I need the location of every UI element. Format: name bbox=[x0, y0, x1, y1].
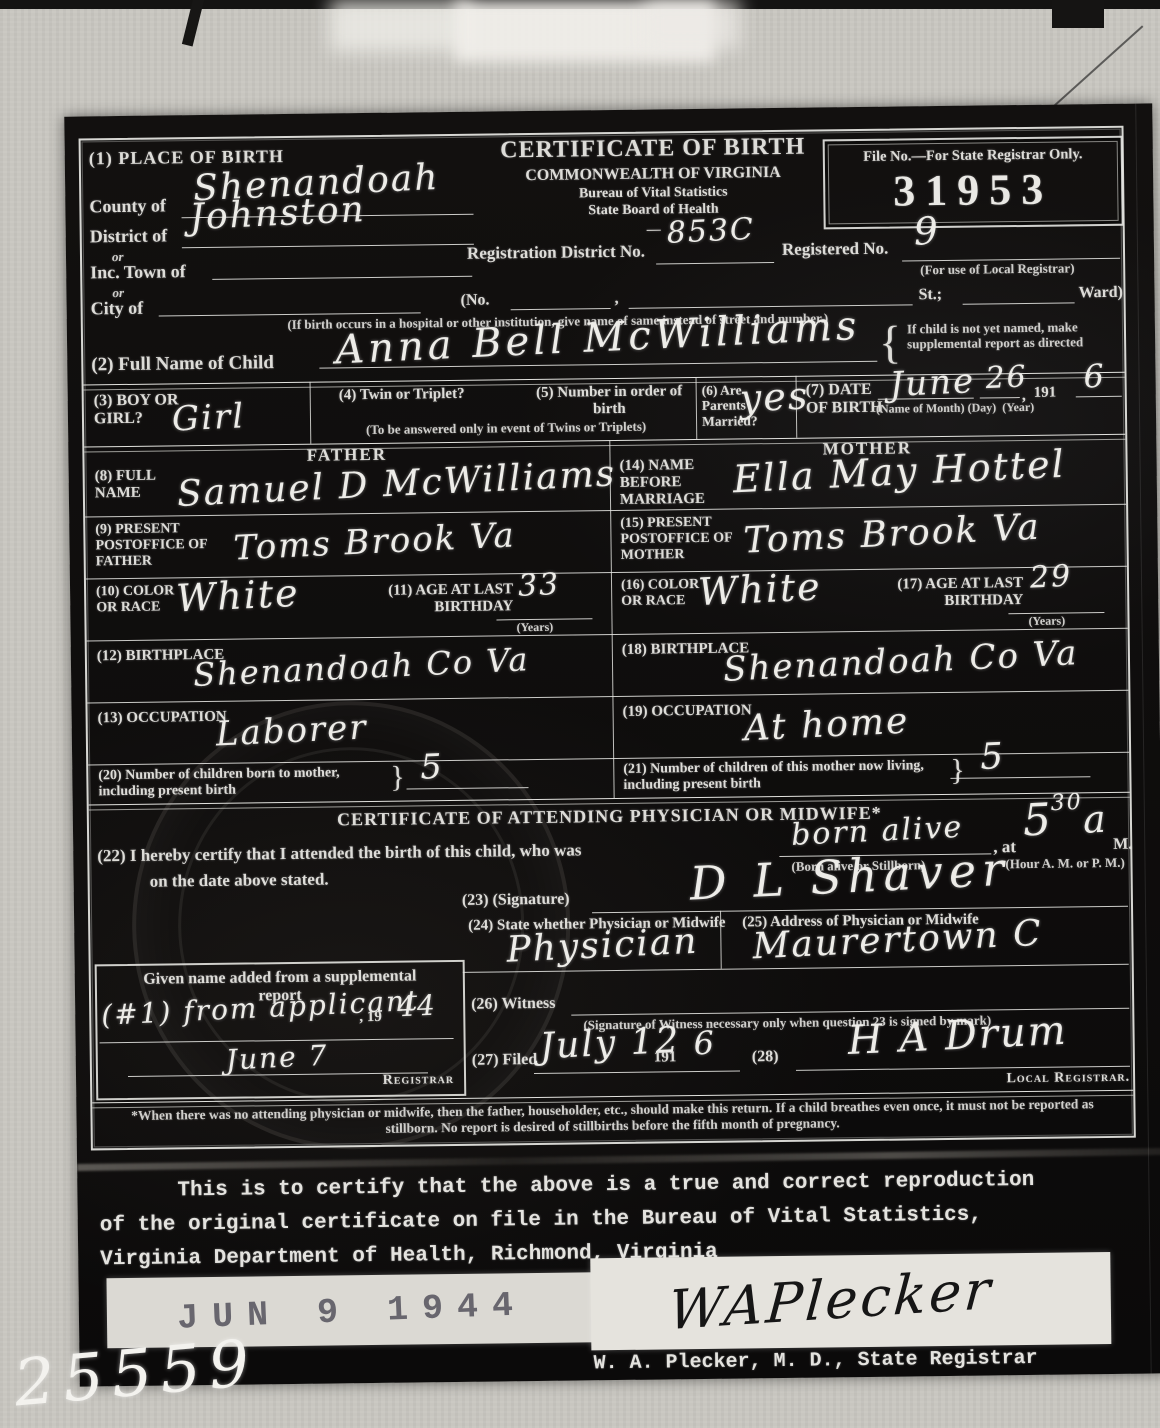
item28-label: (28) bbox=[752, 1048, 779, 1066]
mother-occupation-value: At home bbox=[743, 704, 910, 748]
commonwealth-label: COMMONWEALTH OF VIRGINIA bbox=[485, 164, 821, 186]
date-stamp-value: JUN 9 1944 bbox=[106, 1264, 653, 1341]
city-label: City of bbox=[91, 298, 144, 319]
certificate-title: CERTIFICATE OF BIRTH bbox=[485, 133, 821, 164]
unnamed-child-note: If child is not yet named, make suppleme… bbox=[907, 320, 1121, 352]
street-st-label: St.; bbox=[918, 286, 942, 304]
corner-block bbox=[1052, 0, 1104, 28]
state-registrar-typed-line: W. A. Plecker, M. D., State Registrar bbox=[593, 1347, 1037, 1375]
twin-label: (4) Twin or Triplet? bbox=[332, 386, 472, 405]
brace-glyph: { bbox=[879, 316, 902, 368]
mother-age-years-note: (Years) bbox=[1028, 615, 1065, 629]
father-age-value: 33 bbox=[517, 570, 561, 602]
full-name-label: (2) Full Name of Child bbox=[91, 352, 274, 376]
form-title-block: CERTIFICATE OF BIRTH COMMONWEALTH OF VIR… bbox=[485, 133, 822, 240]
dob-year-value: 6 bbox=[1083, 360, 1107, 393]
supplemental-year-prefix: , 19 bbox=[359, 1009, 382, 1026]
paper-blotch bbox=[330, 0, 470, 52]
paper-blotch bbox=[645, 0, 740, 50]
mother-race-value: White bbox=[697, 567, 822, 611]
supplemental-date-value: June 7 bbox=[225, 1042, 329, 1075]
children-born-label: (20) Number of children born to mother, … bbox=[98, 765, 390, 800]
supplemental-year-value: 44 bbox=[397, 992, 438, 1022]
street-comma: , bbox=[614, 290, 618, 308]
sheet-right-crease bbox=[1135, 104, 1152, 1374]
mother-age-label: (17) AGE AT LAST BIRTHDAY bbox=[858, 575, 1023, 611]
corner-file-number: 25559 bbox=[12, 1332, 260, 1417]
children-living-value: 5 bbox=[979, 739, 1006, 776]
mother-age-value: 29 bbox=[1029, 562, 1073, 594]
hour-meridiem: a bbox=[1082, 800, 1108, 839]
street-ward-label: Ward) bbox=[1078, 284, 1123, 303]
father-po-label: (9) PRESENT POSTOFFICE OF FATHER bbox=[95, 521, 221, 570]
hour-superscript: 30 bbox=[1050, 792, 1083, 815]
birth-order-label: (5) Number in order of birth bbox=[532, 383, 687, 419]
physician-kind-value: Physician bbox=[506, 924, 700, 969]
hour-value: 5 bbox=[1022, 798, 1054, 843]
file-number-value: 31953 bbox=[825, 164, 1122, 217]
children-living-label: (21) Number of children of this mother n… bbox=[623, 758, 948, 794]
father-race-label: (10) COLOR OR RACE bbox=[96, 583, 176, 616]
filed-label: (27) Filed bbox=[472, 1051, 538, 1070]
file-number-box: File No.—For State Registrar Only. 31953 bbox=[823, 136, 1124, 230]
certificate-form: (1) PLACE OF BIRTH County of Shenandoah … bbox=[79, 126, 1136, 1151]
scanned-birth-certificate: { "certificate": { "place": { "section_l… bbox=[0, 0, 1160, 1428]
parents-married-value: yes bbox=[739, 376, 810, 417]
inc-town-label: Inc. Town of bbox=[90, 261, 186, 282]
father-race-value: White bbox=[175, 574, 300, 618]
children-born-value: 5 bbox=[419, 750, 444, 785]
county-label: County of bbox=[89, 195, 166, 216]
torn-edge bbox=[77, 1148, 1160, 1171]
registered-no-label: Registered No. bbox=[782, 239, 889, 260]
dob-month-value: June bbox=[889, 364, 976, 402]
father-occupation-label: (13) OCCUPATION bbox=[98, 709, 227, 728]
father-name-label: (8) FULL NAME bbox=[95, 467, 173, 502]
mother-po-value: Toms Brook Va bbox=[743, 510, 1042, 560]
district-value: Johnston bbox=[189, 192, 367, 236]
reproduction-line-2: of the original certificate on file in t… bbox=[100, 1204, 982, 1238]
photostat-sheet: (1) PLACE OF BIRTH County of Shenandoah … bbox=[64, 103, 1160, 1386]
filed-year-prefix: 191 bbox=[654, 1049, 677, 1066]
children-born-brace: } bbox=[390, 761, 405, 795]
reproduction-line-1: This is to certify that the above is a t… bbox=[177, 1169, 1034, 1202]
m-label: M. bbox=[1113, 836, 1132, 854]
father-occupation-value: Laborer bbox=[215, 710, 368, 751]
mother-race-label: (16) COLOR OR RACE bbox=[621, 577, 701, 610]
filed-year-value: 6 bbox=[693, 1026, 717, 1059]
certify-statement: (22) I hereby certify that I attended th… bbox=[97, 840, 581, 865]
registrar-signature-box: WAPlecker bbox=[590, 1252, 1111, 1350]
local-registrar-use-note: (For use of Local Registrar) bbox=[920, 261, 1074, 278]
local-registrar-signature: H A Drum bbox=[847, 1011, 1069, 1061]
children-living-brace: } bbox=[950, 754, 965, 788]
registered-no-value: 9 bbox=[913, 212, 941, 251]
street-no-label: (No. bbox=[460, 292, 489, 310]
district-label: District of bbox=[90, 225, 168, 246]
date-stated-label: on the date above stated. bbox=[150, 870, 329, 891]
father-age-years-note: (Years) bbox=[516, 621, 553, 635]
mother-po-label: (15) PRESENT POSTOFFICE OF MOTHER bbox=[620, 514, 746, 563]
father-birthplace-value: Shenandoah Co Va bbox=[192, 643, 530, 691]
supplemental-report-box: Given name added from a supplemental rep… bbox=[95, 960, 467, 1101]
supplemental-registrar-label: Registrar bbox=[383, 1072, 455, 1089]
mother-occupation-label: (19) OCCUPATION bbox=[622, 702, 751, 721]
registration-district-value: 853C bbox=[666, 215, 756, 249]
file-number-label: File No.—For State Registrar Only. bbox=[825, 146, 1121, 166]
local-registrar-label: Local Registrar. bbox=[952, 1070, 1130, 1088]
twins-note: (To be answered only in event of Twins o… bbox=[320, 419, 692, 438]
dob-year-prefix: 191 bbox=[1034, 385, 1057, 402]
father-age-label: (11) AGE AT LAST BIRTHDAY bbox=[348, 581, 513, 617]
signature-label: (23) (Signature) bbox=[462, 891, 570, 910]
physician-signature-value: D L Shaver bbox=[689, 846, 1011, 907]
sex-value: Girl bbox=[171, 399, 246, 436]
witness-label: (26) Witness bbox=[471, 995, 556, 1014]
mother-birthplace-value: Shenandoah Co Va bbox=[722, 636, 1079, 687]
divider-dash: — bbox=[486, 220, 822, 240]
board-label: State Board of Health bbox=[485, 200, 821, 220]
registration-district-label: Registration District No. bbox=[467, 242, 645, 263]
father-po-value: Toms Brook Va bbox=[233, 518, 517, 565]
dob-note: (Name of Month) (Day) (Year) bbox=[876, 401, 1034, 417]
hour-note: (Hour A. M. or P. M.) bbox=[1005, 856, 1124, 872]
